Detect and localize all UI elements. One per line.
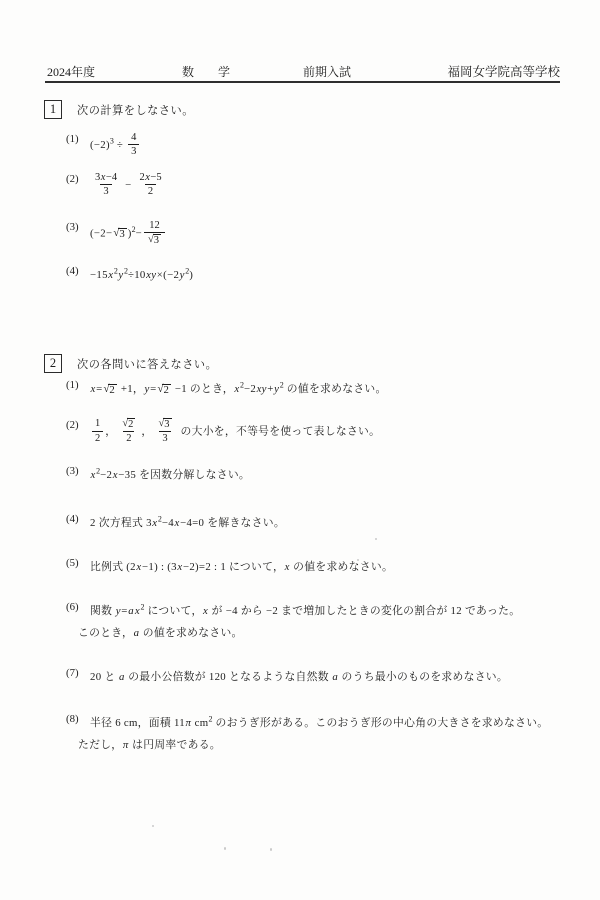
- fraction-denominator: 2: [92, 431, 103, 445]
- math-text: −4: [162, 517, 174, 529]
- fraction: 43: [128, 131, 139, 158]
- problem-content: 半径 6 cm，面積 11π cm2 のおうぎ形がある。このおうぎ形の中心角の大…: [90, 712, 548, 756]
- problem-content: 12，√22，√33 の大小を，不等号を使って表しなさい。: [90, 418, 380, 446]
- math-text: ，: [105, 425, 116, 437]
- sqrt-radical: √3: [148, 234, 161, 247]
- radicand: 3: [163, 418, 171, 431]
- problem-row: (6)関数 y=ax2 について，x が −4 から −2 まで増加したときの変…: [66, 600, 560, 644]
- section-heading: 2次の各問いに答えなさい。: [44, 354, 560, 373]
- section-2: 2次の各問いに答えなさい。(1)x=√2 +1，y=√2 −1 のとき，x2−2…: [44, 354, 560, 756]
- math-text: 1: [95, 418, 100, 429]
- fraction-denominator: 2: [145, 184, 156, 198]
- math-text: 2: [139, 172, 144, 183]
- problem-content: x2−2x−35 を因数分解しなさい。: [90, 464, 250, 486]
- problem-label: (4): [66, 264, 90, 286]
- math-text: ÷10: [128, 269, 146, 281]
- math-variable: xy: [256, 383, 267, 395]
- math-text: 3: [162, 433, 167, 444]
- math-text: −1) : (3: [142, 561, 177, 573]
- problem-row: (1)(−2)3 ÷ 43: [66, 132, 560, 159]
- math-text: 2: [95, 433, 100, 444]
- fraction: √22: [118, 417, 139, 445]
- fraction-denominator: 2: [123, 431, 134, 445]
- math-text: −15: [90, 269, 108, 281]
- fraction-numerator: 12: [146, 219, 163, 232]
- problem-content: −15x2y2÷10xy×(−2y2): [90, 264, 193, 286]
- problem-row: (8)半径 6 cm，面積 11π cm2 のおうぎ形がある。このおうぎ形の中心…: [66, 712, 560, 756]
- math-text: (−2): [90, 139, 110, 151]
- math-variable: xy: [146, 269, 157, 281]
- fraction: √33: [154, 417, 175, 445]
- continuation-line: ただし，π は円周率である。: [78, 739, 221, 751]
- radicand: 3: [153, 234, 161, 247]
- math-text: +1，: [118, 383, 144, 395]
- math-text: 3: [164, 419, 169, 430]
- header-school: 福岡女学院高等学校: [447, 62, 560, 80]
- problem-content: (−2−√3)2−12√3: [90, 220, 167, 248]
- problem-row: (4)2 次方程式 3x2−4x−4=0 を解きなさい。: [66, 512, 560, 534]
- problem-label: (5): [66, 556, 90, 578]
- radicand: 2: [162, 384, 170, 397]
- fraction-numerator: √2: [118, 417, 139, 431]
- math-text: 12: [149, 220, 160, 231]
- problem-row: (3)(−2−√3)2−12√3: [66, 220, 560, 248]
- scan-artifact: [375, 538, 377, 540]
- section-number: 1: [44, 100, 62, 119]
- problem-content: x=√2 +1，y=√2 −1 のとき，x2−2xy+y2 の値を求めなさい。: [90, 378, 387, 400]
- math-text: −1 のとき，: [172, 383, 234, 395]
- problem-row: (3)x2−2x−35 を因数分解しなさい。: [66, 464, 560, 486]
- math-text: −4: [106, 172, 117, 183]
- problem-label: (4): [66, 512, 90, 534]
- math-text: (−2−: [90, 227, 112, 239]
- math-text: ÷: [114, 139, 126, 151]
- fraction-denominator: 3: [159, 431, 170, 445]
- problem-row: (5)比例式 (2x−1) : (3x−2)=2 : 1 について，x の値を求…: [66, 556, 560, 578]
- fraction: 3x−43: [92, 171, 120, 198]
- fraction: 12√3: [144, 219, 165, 247]
- math-text: +: [267, 383, 273, 395]
- math-text: 関数: [90, 605, 115, 617]
- section-instruction: 次の計算をしなさい。: [77, 102, 194, 118]
- sqrt-radical: √3: [158, 418, 171, 431]
- math-text: −5: [150, 172, 161, 183]
- math-text: ，: [141, 425, 152, 437]
- math-text: について，: [144, 605, 202, 617]
- header-subject: 数 学: [182, 63, 230, 80]
- problem-label: (2): [66, 172, 90, 199]
- math-text: −2: [100, 469, 112, 481]
- sqrt-radical: √2: [103, 384, 116, 397]
- radicand: 2: [108, 384, 116, 397]
- problem-label: (3): [66, 220, 90, 248]
- math-text: 2: [126, 433, 131, 444]
- problem-label: (1): [66, 132, 90, 159]
- fraction-denominator: 3: [100, 184, 111, 198]
- fraction-numerator: 1: [92, 417, 103, 430]
- problem-content: 関数 y=ax2 について，x が −4 から −2 まで増加したときの変化の割…: [90, 600, 520, 644]
- math-variable: a: [133, 627, 140, 639]
- math-text: ただし，: [78, 739, 122, 751]
- math-text: 比例式 (2: [90, 561, 136, 573]
- problem-content: 20 と a の最小公倍数が 120 となるような自然数 a のうち最小のものを…: [90, 666, 508, 688]
- radicand: 2: [127, 418, 135, 431]
- math-variable: π: [185, 717, 192, 729]
- math-text: ×(−2: [157, 269, 179, 281]
- math-text: cm: [192, 717, 209, 729]
- problem-label: (3): [66, 464, 90, 486]
- sqrt-radical: √2: [122, 418, 135, 431]
- problem-content: 3x−43 − 2x−52: [90, 172, 167, 199]
- math-variable: a: [332, 671, 339, 683]
- math-text: は円周率である。: [129, 739, 221, 751]
- math-text: 3: [119, 228, 124, 240]
- math-text: 20 と: [90, 671, 119, 683]
- fraction-numerator: √3: [154, 417, 175, 431]
- fraction: 12: [92, 417, 103, 444]
- math-text: の大小を，不等号を使って表しなさい。: [178, 425, 381, 437]
- problem-row: (1)x=√2 +1，y=√2 −1 のとき，x2−2xy+y2 の値を求めなさ…: [66, 378, 560, 400]
- problem-label: (1): [66, 378, 90, 400]
- math-text: 2: [163, 384, 168, 396]
- math-text: 3: [131, 146, 136, 157]
- sqrt-radical: √2: [158, 384, 171, 397]
- math-text: =: [96, 383, 102, 395]
- problem-row: (7)20 と a の最小公倍数が 120 となるような自然数 a のうち最小の…: [66, 666, 560, 688]
- fraction-numerator: 4: [128, 131, 139, 144]
- math-text: =: [121, 605, 127, 617]
- sqrt-radical: √3: [113, 228, 126, 241]
- math-text: −35 を因数分解しなさい。: [118, 469, 250, 481]
- math-text: 2: [109, 384, 114, 396]
- math-text: 4: [131, 132, 136, 143]
- math-text: のおうぎ形がある。このおうぎ形の中心角の大きさを求めなさい。: [212, 717, 548, 729]
- math-text: の値を求めなさい。: [140, 627, 243, 639]
- scan-artifact: [357, 559, 359, 561]
- math-text: −2: [244, 383, 256, 395]
- exam-header: 2024年度 数 学 前期入試 福岡女学院高等学校: [45, 62, 560, 83]
- math-text: 2: [128, 419, 133, 430]
- scan-artifact: [270, 848, 272, 851]
- sections-container: 1次の計算をしなさい。(1)(−2)3 ÷ 43(2)3x−43 − 2x−52…: [44, 100, 560, 756]
- header-year: 2024年度: [47, 63, 95, 80]
- math-text: が −4 から −2 まで増加したときの変化の割合が 12 であった。: [209, 605, 521, 617]
- radicand: 3: [118, 228, 126, 241]
- section-heading: 1次の計算をしなさい。: [44, 100, 560, 119]
- math-text: の最小公倍数が 120 となるような自然数: [125, 671, 332, 683]
- fraction-numerator: 2x−5: [136, 171, 164, 184]
- math-text: −4=0 を解きなさい。: [180, 517, 285, 529]
- fraction-numerator: 3x−4: [92, 171, 120, 184]
- math-text: の値を求めなさい。: [284, 383, 387, 395]
- fraction-denominator: √3: [144, 232, 165, 247]
- exam-page: 2024年度 数 学 前期入試 福岡女学院高等学校 1次の計算をしなさい。(1)…: [0, 0, 600, 900]
- math-text: 3: [103, 186, 108, 197]
- math-text: のうち最小のものを求めなさい。: [339, 671, 508, 683]
- problem-row: (2)12，√22，√33 の大小を，不等号を使って表しなさい。: [66, 418, 560, 446]
- fraction-denominator: 3: [128, 144, 139, 158]
- math-text: 半径 6 cm，面積 11: [90, 717, 185, 729]
- math-text: 2 次方程式 3: [90, 517, 152, 529]
- math-text: の値を求めなさい。: [290, 561, 393, 573]
- section-number: 2: [44, 354, 62, 373]
- math-text: ): [189, 269, 193, 281]
- section-instruction: 次の各問いに答えなさい。: [77, 356, 217, 372]
- problem-content: 比例式 (2x−1) : (3x−2)=2 : 1 について，x の値を求めなさ…: [90, 556, 393, 578]
- math-text: −: [122, 179, 134, 191]
- fraction: 2x−52: [136, 171, 164, 198]
- problem-content: (−2)3 ÷ 43: [90, 132, 141, 159]
- continuation-line: このとき，a の値を求めなさい。: [78, 627, 243, 639]
- math-text: −: [136, 227, 142, 239]
- scan-artifact: [152, 825, 154, 827]
- header-exam-type: 前期入試: [303, 63, 351, 80]
- math-text: −2)=2 : 1 について，: [183, 561, 284, 573]
- problem-label: (7): [66, 666, 90, 688]
- problem-row: (2)3x−43 − 2x−52: [66, 172, 560, 199]
- problem-row: (4)−15x2y2÷10xy×(−2y2): [66, 264, 560, 286]
- math-text: このとき，: [78, 627, 133, 639]
- problem-label: (2): [66, 418, 90, 446]
- section-1: 1次の計算をしなさい。(1)(−2)3 ÷ 43(2)3x−43 − 2x−52…: [44, 100, 560, 286]
- math-text: =: [150, 383, 156, 395]
- problem-content: 2 次方程式 3x2−4x−4=0 を解きなさい。: [90, 512, 285, 534]
- math-text: 2: [148, 186, 153, 197]
- math-text: 3: [154, 235, 159, 246]
- scan-artifact: [224, 847, 226, 850]
